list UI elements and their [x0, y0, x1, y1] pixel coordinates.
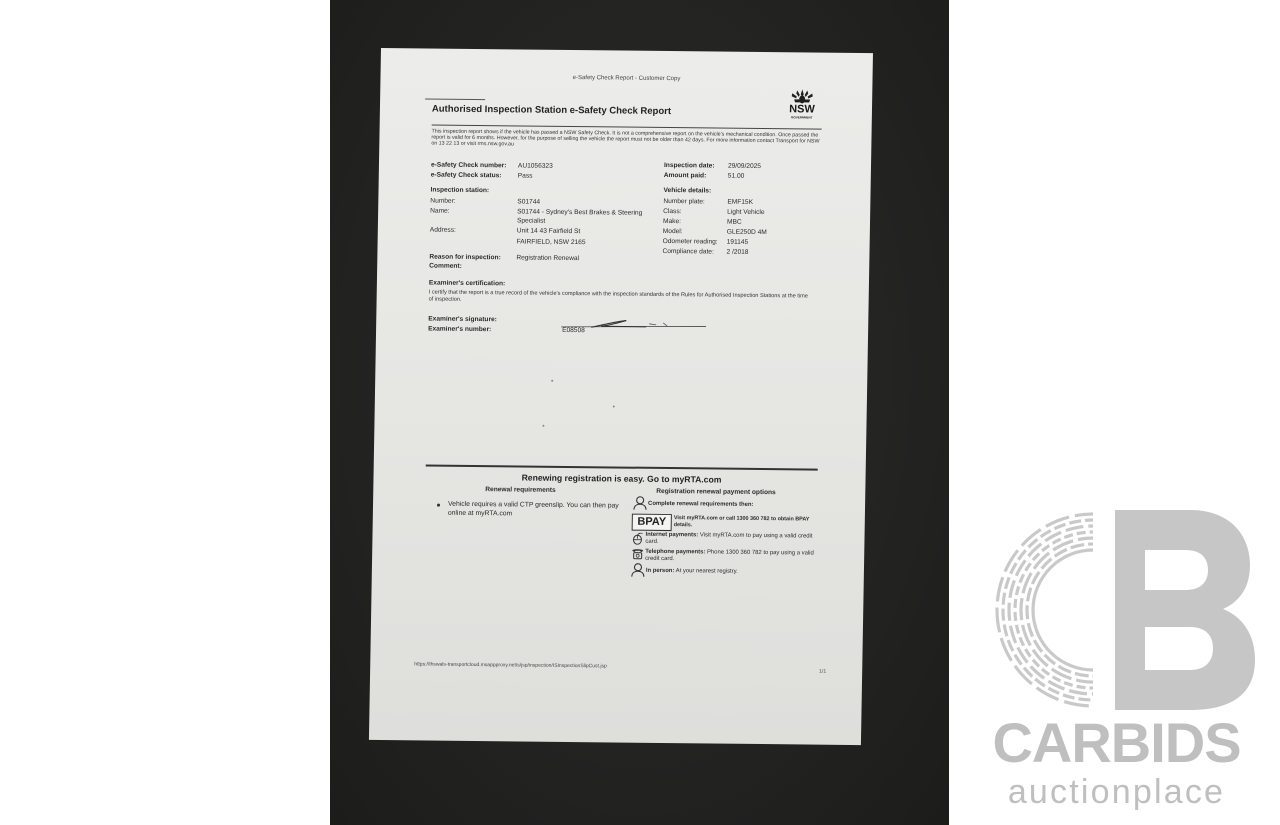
bullet-icon: [437, 504, 440, 507]
model-label: Model:: [663, 227, 683, 237]
station-address-line2: FAIRFIELD, NSW 2165: [517, 237, 586, 248]
check-status-value: Pass: [518, 171, 533, 181]
intro-text: This inspection report shows if the vehi…: [431, 129, 821, 152]
station-address-row: Address: Unit 14 43 Fairfield St: [430, 226, 456, 236]
renewal-divider: [426, 464, 818, 470]
reason-value: Registration Renewal: [516, 253, 579, 264]
watermark-brand: CARBIDS: [975, 713, 1258, 773]
watermark-tagline: auctionplace: [975, 772, 1258, 812]
payment-option-telephone: Telephone payments: Phone 1300 360 782 t…: [645, 549, 815, 565]
number-plate-value: EMF15K: [727, 198, 753, 208]
check-status-label: e-Safety Check status:: [431, 171, 502, 182]
vehicle-details-heading: Vehicle details:: [663, 187, 711, 194]
payment-options-heading: Registration renewal payment options: [656, 488, 776, 496]
amount-paid-value: 51.00: [728, 172, 745, 182]
waratah-icon: [789, 88, 815, 104]
inspection-report-page: e-Safety Check Report - Customer Copy Au…: [369, 48, 873, 745]
payment-option-internet: Internet payments: Visit myRTA.com to pa…: [645, 532, 815, 548]
payment-option-in-person-bold: In person:: [646, 568, 675, 574]
examiner-signature-label: Examiner's signature:: [428, 315, 497, 326]
nsw-wordmark: NSW: [785, 104, 819, 115]
bpay-badge-text: BPAY: [637, 516, 666, 528]
payment-option-telephone-bold: Telephone payments:: [645, 549, 705, 556]
renewal-requirements-heading: Renewal requirements: [485, 486, 555, 494]
examiner-number-value: E08508: [562, 326, 585, 336]
telephone-icon: [631, 548, 644, 560]
make-value: MBC: [727, 218, 742, 228]
copy-label: e-Safety Check Report - Customer Copy: [380, 73, 872, 84]
certification-heading: Examiner's certification:: [429, 280, 505, 288]
station-number-row: Number: S01744: [430, 197, 455, 207]
pen-mark: [425, 98, 485, 100]
payment-option-bpay: Visit myRTA.com or call 1300 360 782 to …: [674, 515, 824, 531]
payment-option-in-person-text: At your nearest registry.: [674, 568, 738, 575]
comment-row: Comment:: [429, 262, 462, 272]
payment-option-in-person: In person: At your nearest registry.: [646, 568, 738, 576]
government-wordmark: GOVERNMENT: [785, 115, 819, 119]
speck: [551, 380, 553, 382]
number-plate-label: Number plate:: [663, 197, 705, 207]
bpay-icon: BPAY: [632, 514, 672, 531]
renewal-requirement-item: Vehicle requires a valid CTP greenslip. …: [448, 501, 628, 520]
make-label: Make:: [663, 217, 681, 227]
nsw-government-logo: NSW GOVERNMENT: [785, 88, 820, 124]
person-icon: [633, 496, 647, 511]
inspection-station-heading: Inspection station:: [430, 187, 489, 195]
payment-option-complete: Complete renewal requirements then:: [648, 501, 754, 509]
renewal-title: Renewing registration is easy. Go to myR…: [425, 471, 817, 485]
cb-fingerprint-logo-icon: [975, 505, 1260, 720]
amount-paid-row: Amount paid: 51.00: [664, 171, 707, 181]
odometer-label: Odometer reading:: [663, 237, 718, 248]
inspection-date-row: Inspection date: 29/09/2025: [664, 161, 715, 172]
speck: [613, 405, 615, 407]
model-row: Model: GLE250D 4M: [663, 227, 683, 237]
payment-option-bpay-bold: Visit myRTA.com or call 1300 360 782 to …: [674, 515, 810, 528]
report-title: Authorised Inspection Station e-Safety C…: [432, 104, 671, 118]
check-number-value: AU1056323: [518, 161, 553, 171]
payment-option-complete-bold: Complete renewal requirements then:: [648, 501, 754, 508]
amount-paid-label: Amount paid:: [664, 171, 707, 181]
examiner-number-row: Examiner's number: E08508: [428, 325, 491, 336]
station-number-value: S01744: [517, 197, 540, 207]
check-status-row: e-Safety Check status: Pass: [431, 171, 502, 182]
inspection-date-label: Inspection date:: [664, 161, 715, 172]
comment-label: Comment:: [429, 262, 462, 272]
number-plate-row: Number plate: EMF15K: [663, 197, 705, 207]
station-name-row: Name: S01744 - Sydney's Best Brakes & St…: [430, 207, 450, 217]
station-name-label: Name:: [430, 207, 450, 217]
page-number: 1/1: [819, 669, 826, 675]
make-row: Make: MBC: [663, 217, 681, 227]
certification-text: I certify that the report is a true reco…: [429, 290, 809, 307]
mouse-icon: [631, 533, 643, 545]
compliance-date-label: Compliance date:: [662, 247, 713, 258]
model-value: GLE250D 4M: [727, 228, 767, 238]
odometer-value: 191145: [727, 238, 749, 248]
station-name-value-line2: Specialist: [517, 216, 545, 226]
person-icon: [631, 563, 645, 578]
odometer-row: Odometer reading: 191145: [663, 237, 718, 248]
class-label: Class:: [663, 207, 682, 217]
examiner-signature-row: Examiner's signature:: [428, 315, 497, 326]
examiner-number-label: Examiner's number:: [428, 325, 491, 336]
class-row: Class: Light Vehicle: [663, 207, 682, 217]
class-value: Light Vehicle: [727, 208, 765, 218]
inspection-date-value: 29/09/2025: [728, 162, 761, 172]
payment-option-internet-bold: Internet payments:: [645, 532, 698, 539]
station-number-label: Number:: [430, 197, 455, 207]
footer-url: https://thswals-transportcloud.msappprox…: [414, 661, 607, 669]
speck: [542, 425, 544, 427]
station-address-line1: Unit 14 43 Fairfield St: [517, 226, 581, 237]
compliance-date-row: Compliance date: 2 /2018: [662, 247, 713, 258]
station-address-label: Address:: [430, 226, 456, 236]
compliance-date-value: 2 /2018: [726, 248, 748, 258]
